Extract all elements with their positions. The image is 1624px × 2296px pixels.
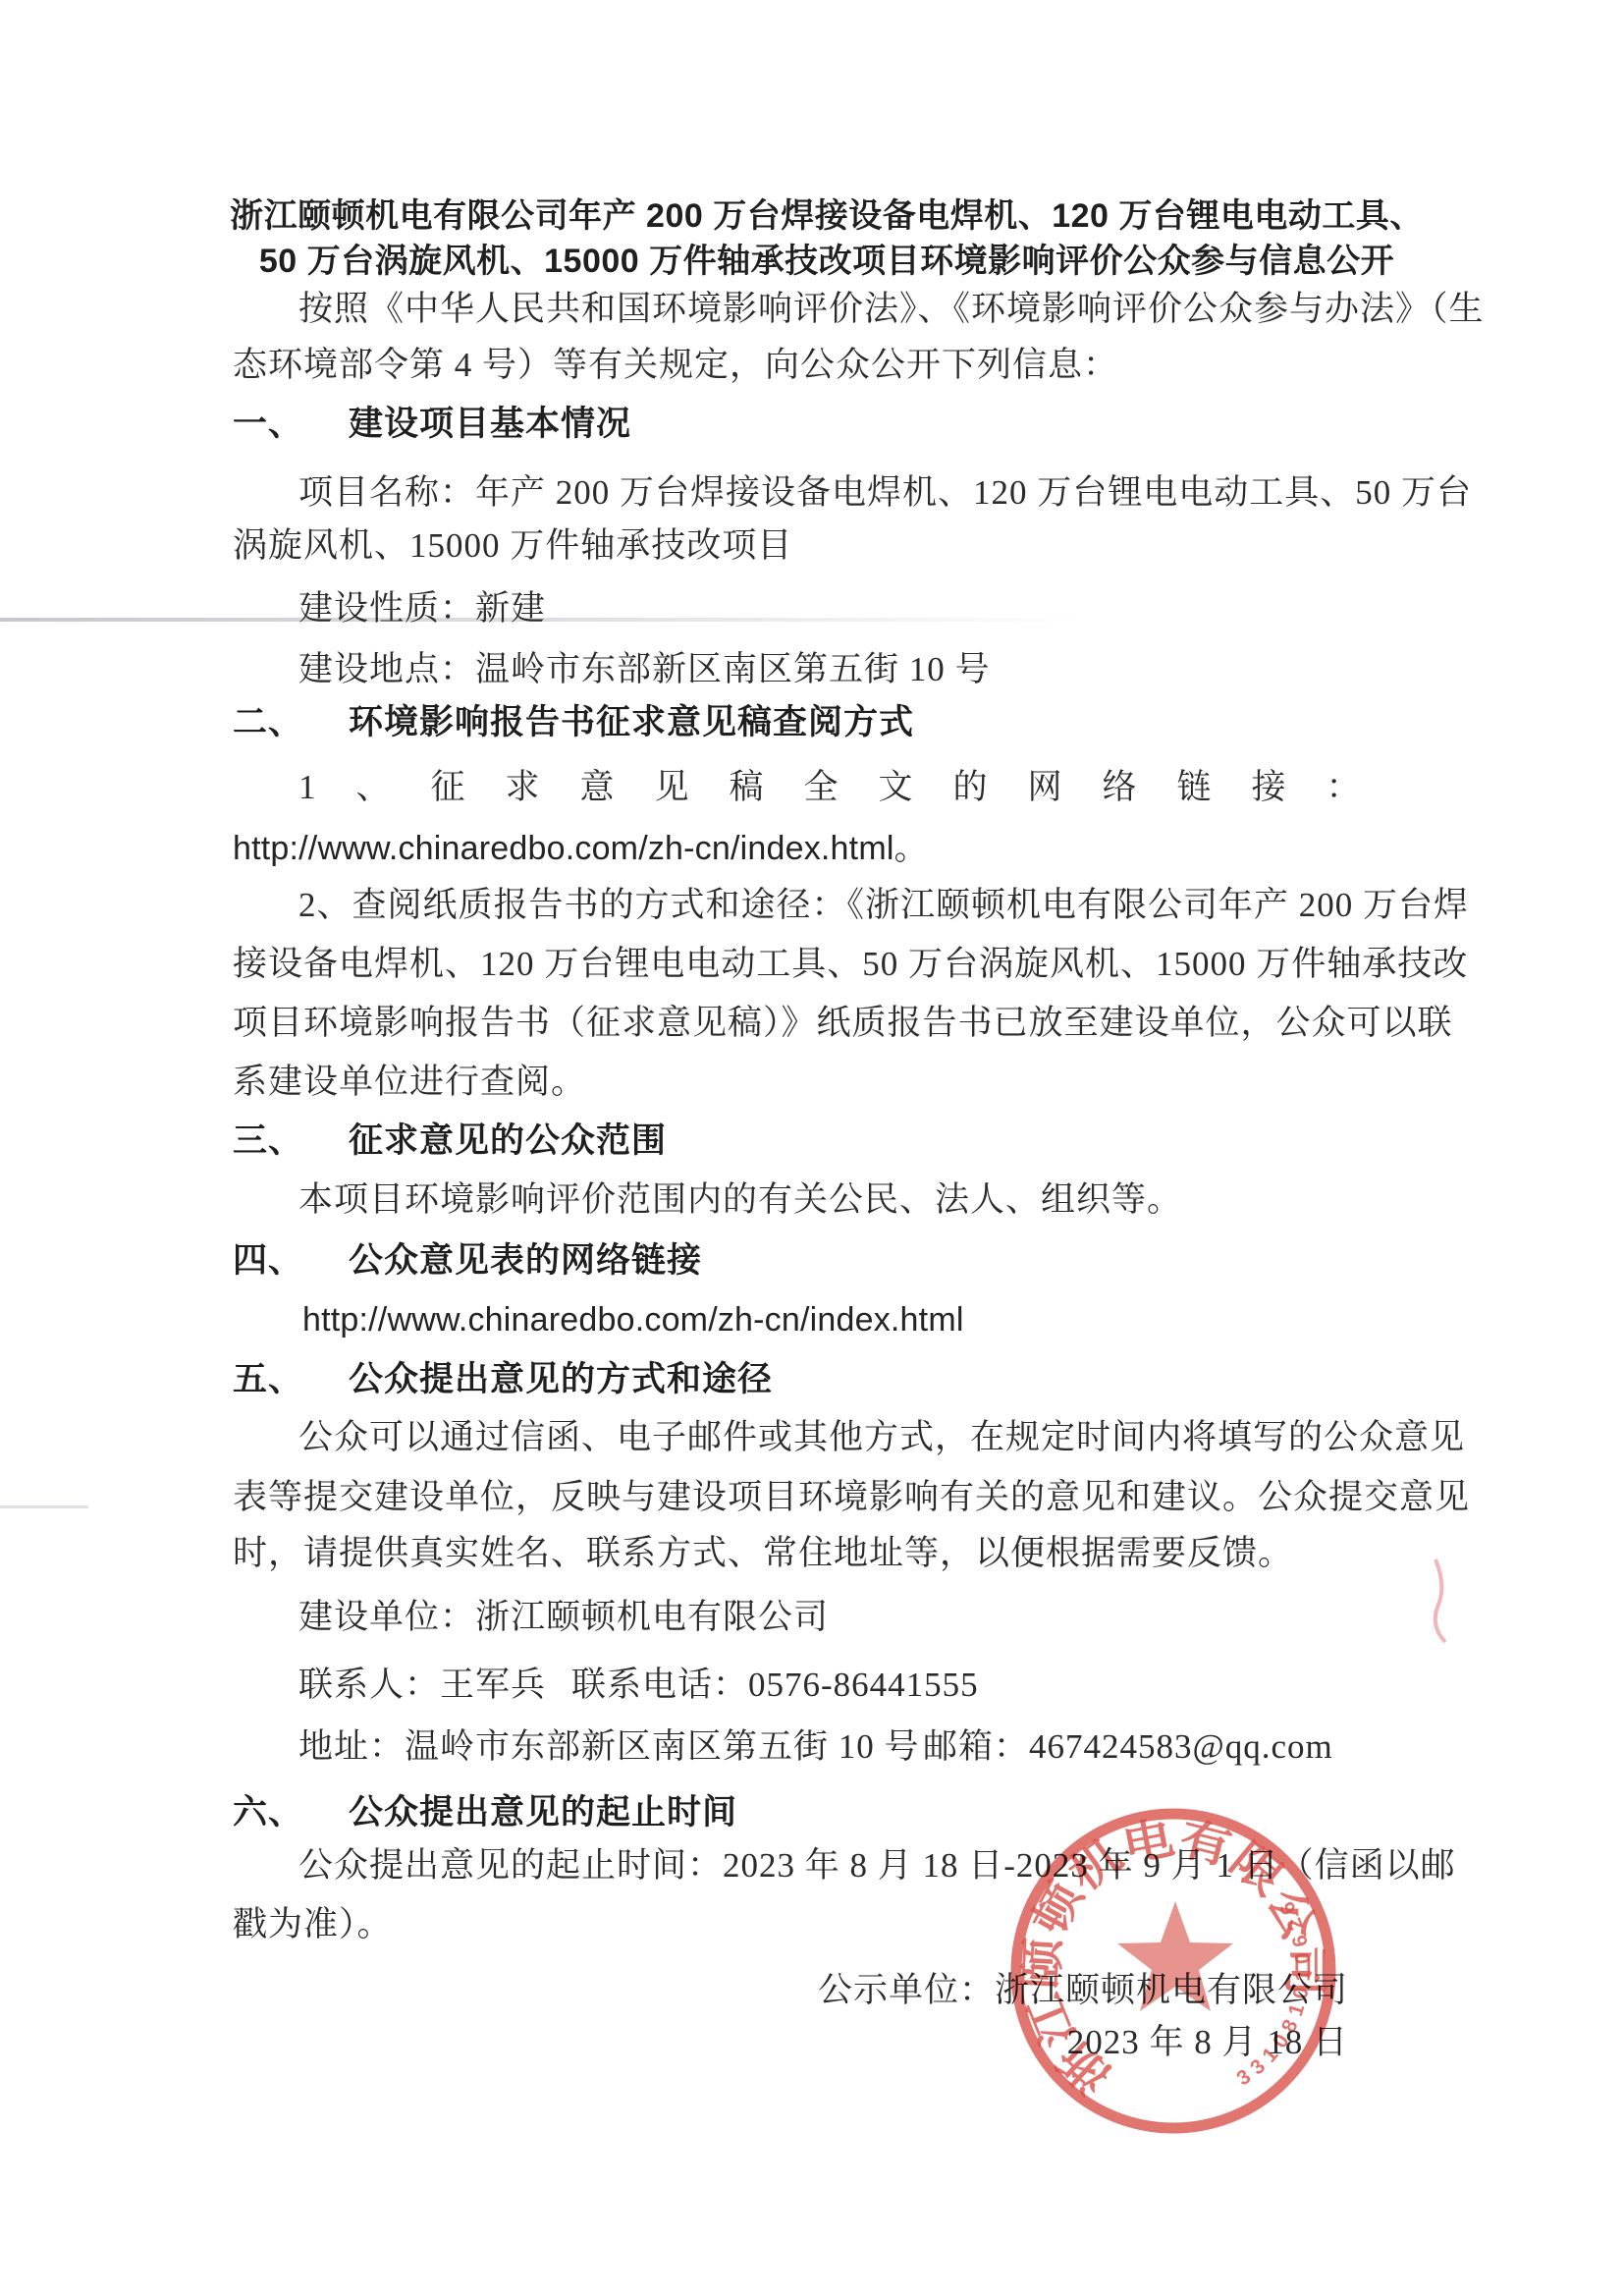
- section2-item2-line4: 系建设单位进行查阅。: [233, 1064, 586, 1101]
- section2-item2-line2: 接设备电焊机、120 万台锂电电动工具、50 万台涡旋风机、15000 万件轴承…: [233, 946, 1468, 983]
- document-page: 浙江颐顿机电有限公司年产 200 万台焊接设备电焊机、120 万台锂电电动工具、…: [0, 0, 1624, 2296]
- section6-body-line2: 戳为准）。: [233, 1906, 393, 1943]
- section2-number: 二、: [233, 704, 303, 741]
- opinion-form-url: http://www.chinaredbo.com/zh-cn/index.ht…: [302, 1301, 964, 1339]
- scan-artifact-streak-2: [0, 1505, 88, 1508]
- contact-email: 邮箱：467424583@qq.com: [923, 1728, 1333, 1766]
- publicity-unit: 公示单位：浙江颐顿机电有限公司: [818, 1972, 1348, 2009]
- section5-body-line3: 时，请提供真实姓名、联系方式、常住地址等，以便根据需要反馈。: [233, 1535, 1293, 1572]
- section6-number: 六、: [233, 1794, 303, 1831]
- section1-heading: 建设项目基本情况: [349, 406, 631, 443]
- section5-body-line1: 公众可以通过信函、电子邮件或其他方式，在规定时间内将填写的公众意见: [298, 1419, 1465, 1456]
- section1-number: 一、: [233, 406, 303, 443]
- document-title-line2: 50 万台涡旋风机、15000 万件轴承技改项目环境影响评价公众参与信息公开: [167, 242, 1487, 281]
- stray-ink-mark: [1435, 1559, 1445, 1642]
- section3-heading: 征求意见的公众范围: [349, 1122, 667, 1160]
- section6-body-line1: 公众提出意见的起止时间：2023 年 8 月 18 日-2023 年 9 月 1…: [298, 1847, 1456, 1885]
- section2-heading: 环境影响报告书征求意见稿查阅方式: [349, 704, 914, 741]
- section4-number: 四、: [233, 1242, 303, 1280]
- section5-number: 五、: [233, 1361, 303, 1398]
- section6-heading: 公众提出意见的起止时间: [349, 1794, 737, 1831]
- construction-unit: 建设单位：浙江颐顿机电有限公司: [298, 1599, 829, 1636]
- project-name-line1: 项目名称：年产 200 万台焊接设备电焊机、120 万台锂电电动工具、50 万台: [298, 474, 1472, 512]
- section3-body: 本项目环境影响评价范围内的有关公民、法人、组织等。: [298, 1181, 1182, 1219]
- report-draft-url: http://www.chinaredbo.com/zh-cn/index.ht…: [233, 830, 928, 867]
- section5-heading: 公众提出意见的方式和途径: [349, 1361, 773, 1398]
- section4-heading: 公众意见表的网络链接: [349, 1242, 702, 1280]
- project-name-line2: 涡旋风机、15000 万件轴承技改项目: [233, 527, 792, 565]
- intro-line2: 态环境部令第 4 号）等有关规定，向公众公开下列信息：: [233, 347, 1118, 384]
- contact-person: 联系人：王军兵: [298, 1667, 546, 1704]
- section2-item2-line1: 2、查阅纸质报告书的方式和途径：《浙江颐顿机电有限公司年产 200 万台焊: [298, 887, 1469, 924]
- section2-item1: 1、征求意见稿全文的网络链接：: [298, 769, 1401, 806]
- contact-phone: 联系电话：0576-86441555: [571, 1667, 979, 1704]
- intro-line1: 按照《中华人民共和国环境影响评价法》、《环境影响评价公众参与办法》（生: [298, 291, 1485, 328]
- publicity-date: 2023 年 8 月 18 日: [1067, 2024, 1348, 2061]
- contact-address: 地址：温岭市东部新区南区第五街 10 号: [298, 1728, 920, 1766]
- section2-item2-line3: 项目环境影响报告书（征求意见稿）》纸质报告书已放至建设单位，公众可以联: [233, 1005, 1453, 1042]
- document-title-line1: 浙江颐顿机电有限公司年产 200 万台焊接设备电焊机、120 万台锂电电动工具、: [167, 196, 1487, 236]
- section5-body-line2: 表等提交建设单位，反映与建设项目环境影响有关的意见和建议。公众提交意见: [233, 1479, 1470, 1516]
- section3-number: 三、: [233, 1122, 303, 1160]
- construction-location: 建设地点：温岭市东部新区南区第五街 10 号: [298, 651, 991, 688]
- construction-nature: 建设性质：新建: [298, 590, 546, 628]
